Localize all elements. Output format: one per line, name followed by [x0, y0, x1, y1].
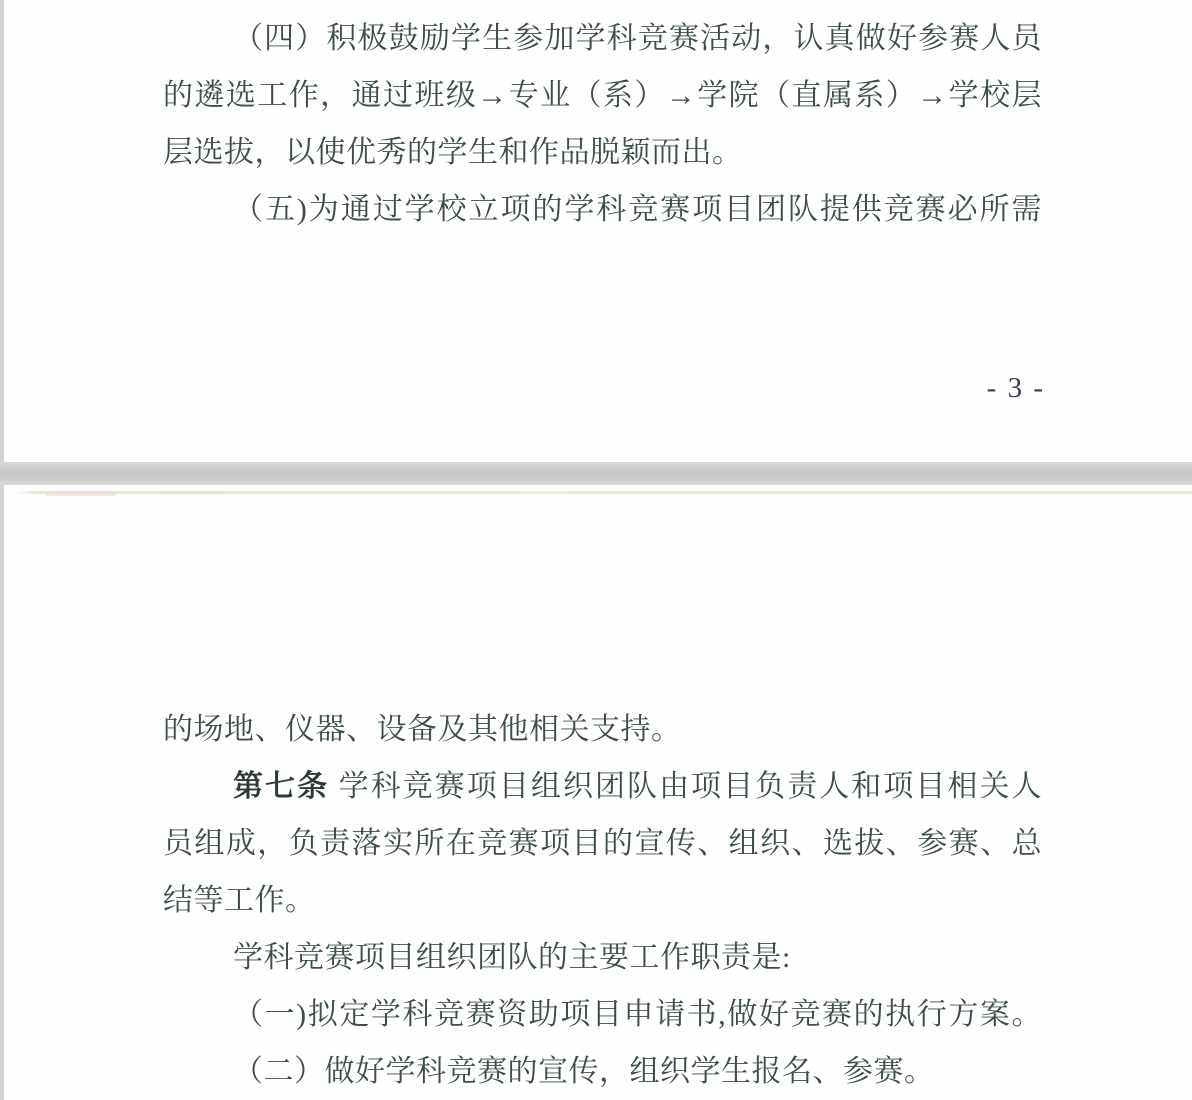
page-4-partial: 的场地、仪器、设备及其他相关支持。第七条 学科竞赛项目组织团队由项目负责人和项目…: [4, 485, 1192, 1100]
page-3: （四）积极鼓励学生参加学科竞赛活动，认真做好参赛人员的遴选工作，通过班级→专业（…: [4, 0, 1192, 462]
text-line: 的遴选工作，通过班级→专业（系）→学院（直属系）→学校层: [163, 67, 1042, 124]
scan-artifact-line: [14, 491, 1192, 494]
text-line: 结等工作。: [163, 872, 1042, 929]
text-line: 员组成，负责落实所在竞赛项目的宣传、组织、选拔、参赛、总: [163, 815, 1042, 872]
text-segment: 的遴选工作，通过班级→专业（系）→学院（直属系）→学校层: [163, 79, 1042, 112]
text-segment: 的场地、仪器、设备及其他相关支持。: [163, 713, 682, 746]
article-number-bold: 第七条: [233, 770, 329, 803]
text-line: （五)为通过学校立项的学科竞赛项目团队提供竞赛必所需: [163, 181, 1042, 238]
text-segment: （一)拟定学科竞赛资助项目申请书,做好竞赛的执行方案。: [233, 998, 1042, 1031]
text-segment: 层选拔，以使优秀的学生和作品脱颖而出。: [163, 136, 743, 169]
text-line: 的场地、仪器、设备及其他相关支持。: [163, 701, 1042, 758]
scan-artifact-dip: [46, 494, 116, 496]
text-line: （二）做好学科竞赛的宣传，组织学生报名、参赛。: [163, 1043, 1042, 1100]
text-segment: （二）做好学科竞赛的宣传，组织学生报名、参赛。: [233, 1055, 935, 1088]
document-viewer[interactable]: （四）积极鼓励学生参加学科竞赛活动，认真做好参赛人员的遴选工作，通过班级→专业（…: [0, 0, 1192, 1100]
text-line: 层选拔，以使优秀的学生和作品脱颖而出。: [163, 124, 1042, 181]
text-segment: 学科竞赛项目组织团队的主要工作职责是:: [233, 941, 791, 974]
page-gap-divider: [0, 462, 1192, 485]
text-line: （一)拟定学科竞赛资助项目申请书,做好竞赛的执行方案。: [163, 986, 1042, 1043]
text-segment: 结等工作。: [163, 884, 316, 917]
text-line: （四）积极鼓励学生参加学科竞赛活动，认真做好参赛人员: [163, 10, 1042, 67]
page-3-text-block: （四）积极鼓励学生参加学科竞赛活动，认真做好参赛人员的遴选工作，通过班级→专业（…: [163, 10, 1042, 238]
text-line: 学科竞赛项目组织团队的主要工作职责是:: [163, 929, 1042, 986]
page-4-text-block: 的场地、仪器、设备及其他相关支持。第七条 学科竞赛项目组织团队由项目负责人和项目…: [163, 701, 1042, 1100]
text-segment: （五)为通过学校立项的学科竞赛项目团队提供竞赛必所需: [233, 193, 1042, 226]
text-line: 第七条 学科竞赛项目组织团队由项目负责人和项目相关人: [163, 758, 1042, 815]
text-segment: 员组成，负责落实所在竞赛项目的宣传、组织、选拔、参赛、总: [163, 827, 1042, 860]
text-segment: （四）积极鼓励学生参加学科竞赛活动，认真做好参赛人员: [233, 22, 1042, 55]
page-number: - 3 -: [987, 372, 1045, 405]
text-segment: 学科竞赛项目组织团队由项目负责人和项目相关人: [329, 770, 1042, 803]
